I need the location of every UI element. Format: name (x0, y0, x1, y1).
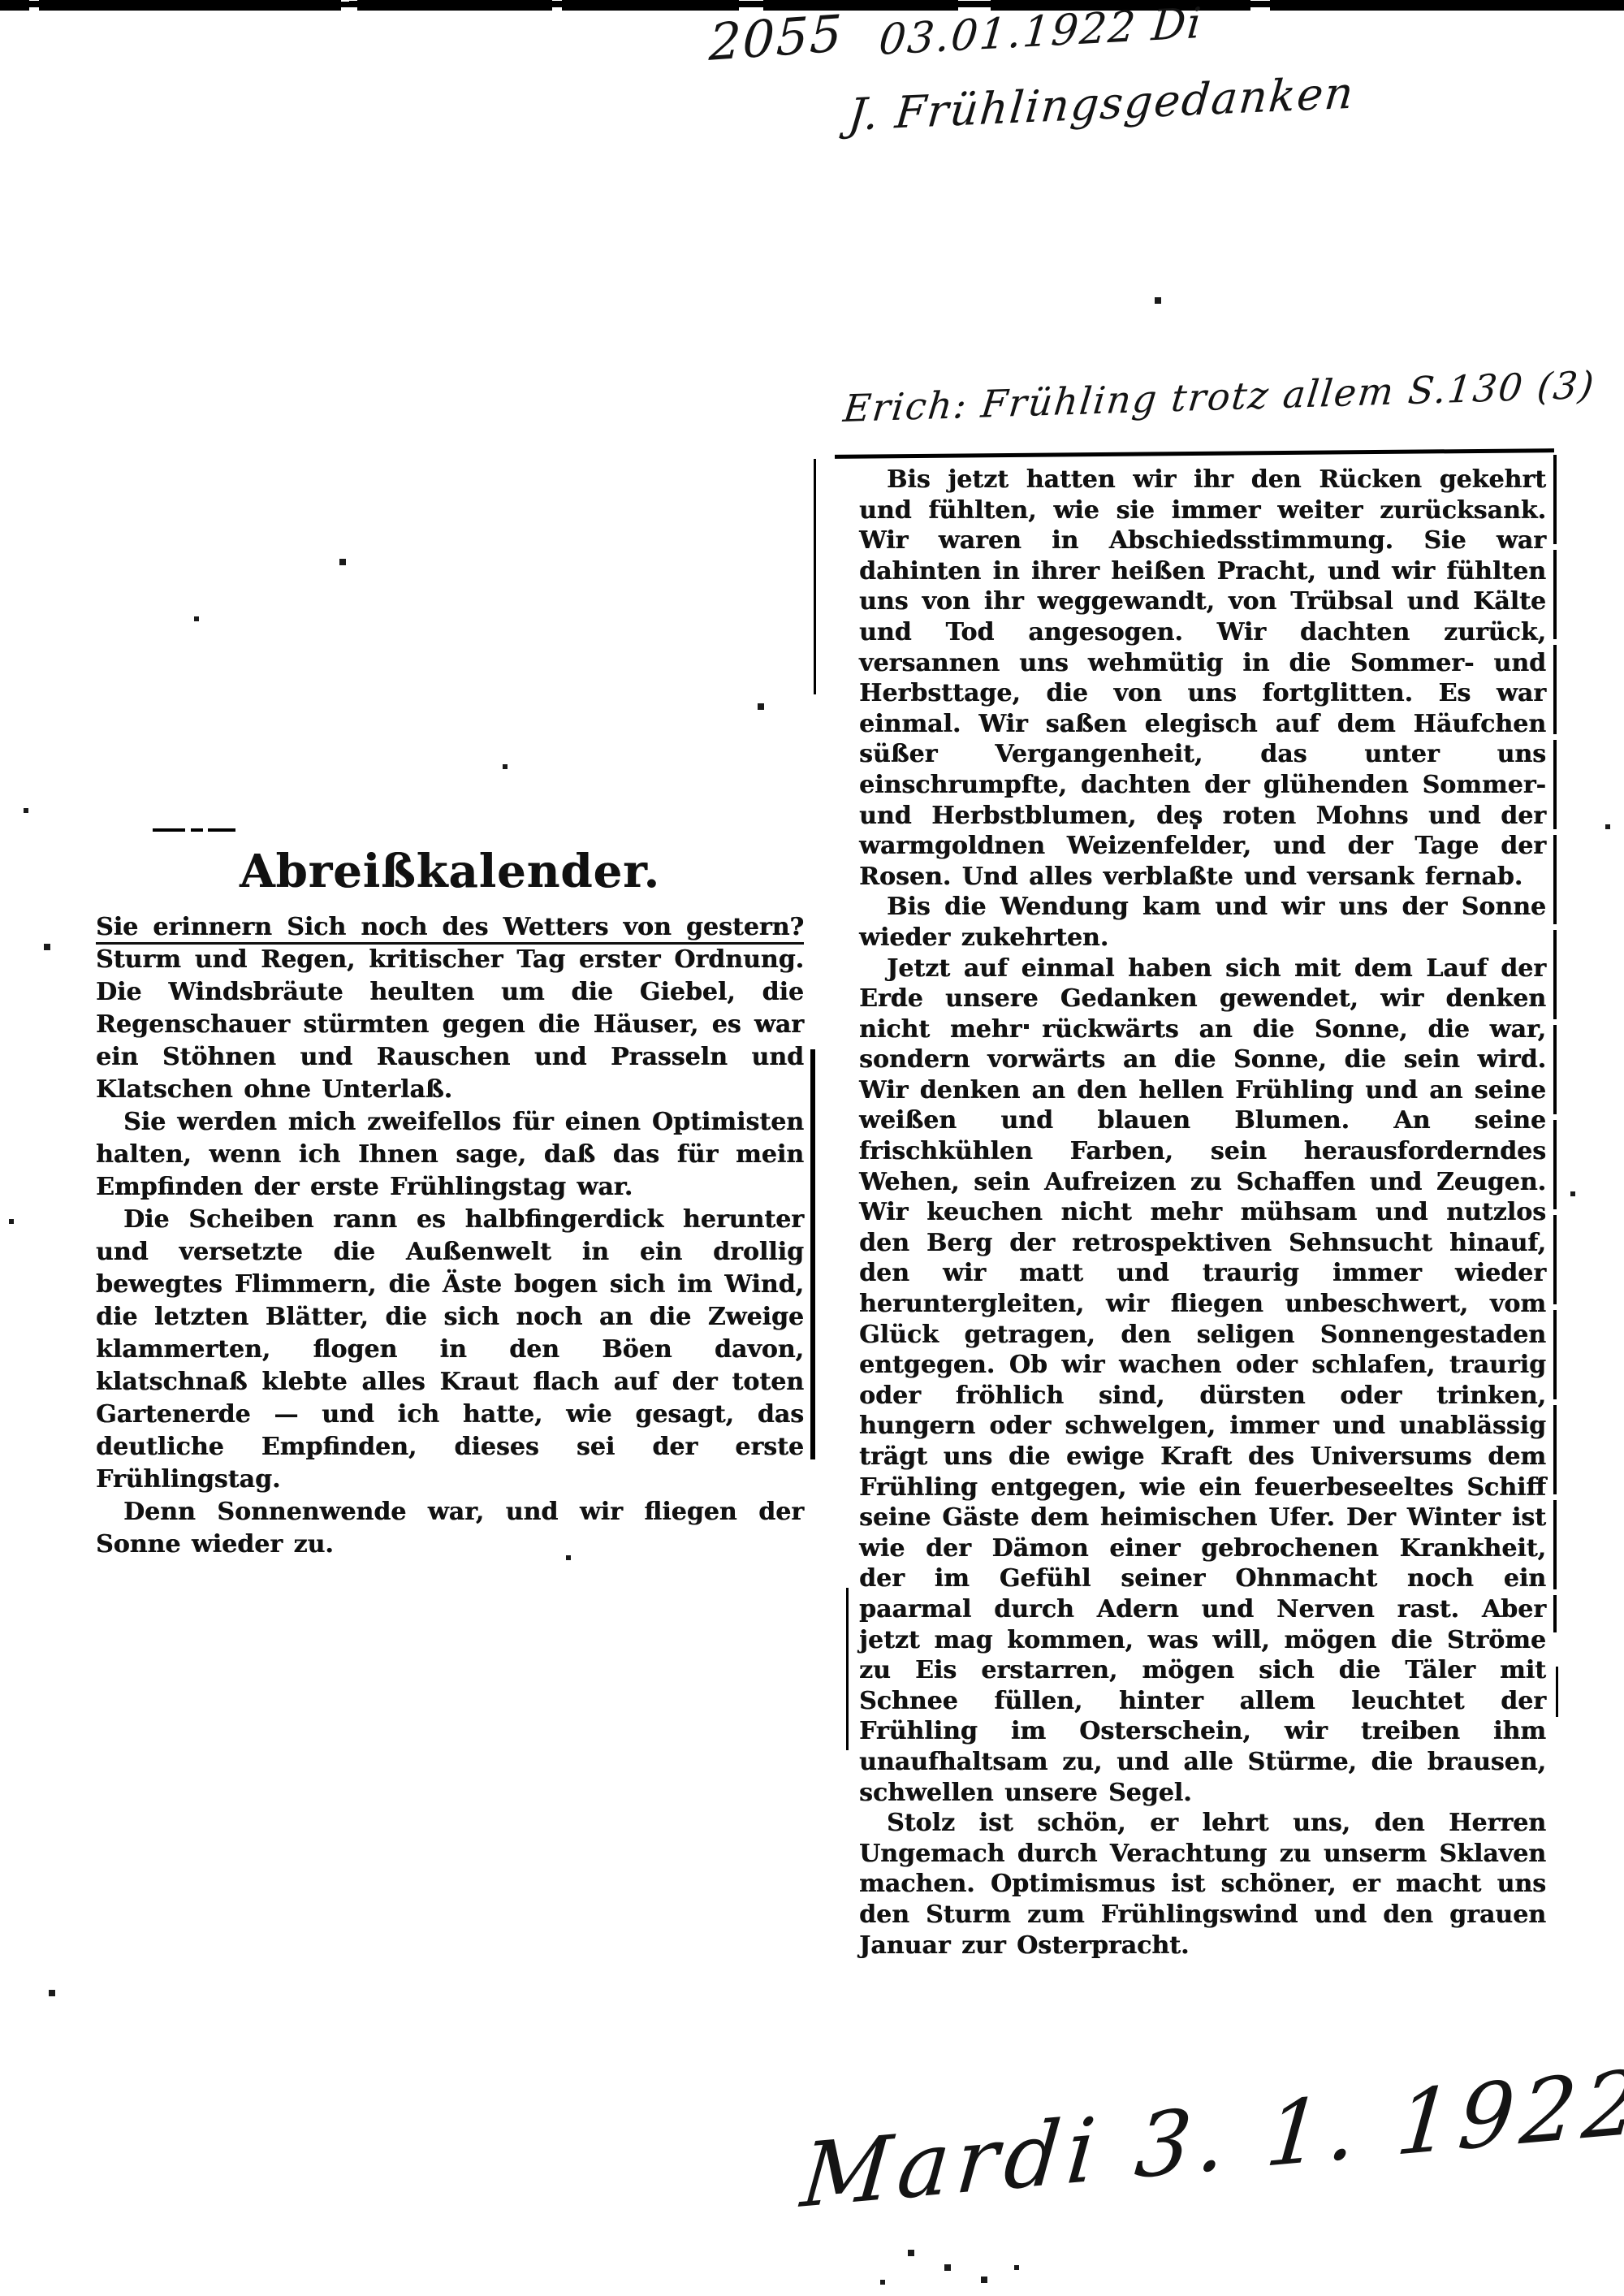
handwritten-archive-number: 2055 (708, 3, 844, 72)
handwritten-subject-note: J. Frühlingsgedanken (846, 67, 1357, 141)
clipping-right-rule-fragment (1556, 1667, 1558, 1717)
left-article-paragraph-2: Sie werden mich zweifellos für einen Opt… (96, 1106, 804, 1204)
clipping-right-rule (1553, 455, 1557, 1632)
left-article-paragraph-4: Denn Sonnenwende war, und wir fliegen de… (96, 1496, 804, 1561)
left-article-paragraph-1-rest: Sturm und Regen, kritischer Tag erster O… (96, 945, 804, 1104)
column-divider-segment-bottom (846, 1588, 849, 1750)
scanned-document-page: 2055 03.01.1922 Di J. Frühlingsgedanken … (0, 0, 1624, 2296)
right-article-paragraph-3: Jetzt auf einmal haben sich mit dem Lauf… (859, 953, 1546, 1809)
handwritten-bottom-date: Mardi 3. 1. 1922 (797, 2052, 1624, 2228)
right-article-paragraph-1: Bis jetzt hatten wir ihr den Rücken geke… (859, 465, 1546, 892)
hand-underlined-opening-line: Sie erinnern Sich noch des Wetters von g… (96, 913, 804, 945)
left-article-headline: Abreißkalender. (96, 845, 804, 898)
right-article-paragraph-4: Stolz ist schön, er lehrt uns, den Herre… (859, 1808, 1546, 1961)
right-article-paragraph-2: Bis die Wendung kam und wir uns der Sonn… (859, 892, 1546, 953)
column-divider-segment-top (814, 459, 816, 694)
left-article-paragraph-3: Die Scheiben rann es halbfingerdick heru… (96, 1204, 804, 1496)
column-divider-segment-middle (810, 1049, 815, 1459)
right-article-column: Bis jetzt hatten wir ihr den Rücken geke… (859, 465, 1546, 1961)
left-article-column: Abreißkalender. Sie erinnern Sich noch d… (96, 845, 804, 1561)
scan-speckles (0, 0, 3, 3)
left-article-paragraph-1: Sie erinnern Sich noch des Wetters von g… (96, 911, 804, 1106)
handwritten-source-note: Erich: Frühling trotz allem S.130 (3) (841, 363, 1597, 430)
margin-dash-artifact (153, 828, 235, 832)
clipping-top-rule (835, 448, 1554, 459)
